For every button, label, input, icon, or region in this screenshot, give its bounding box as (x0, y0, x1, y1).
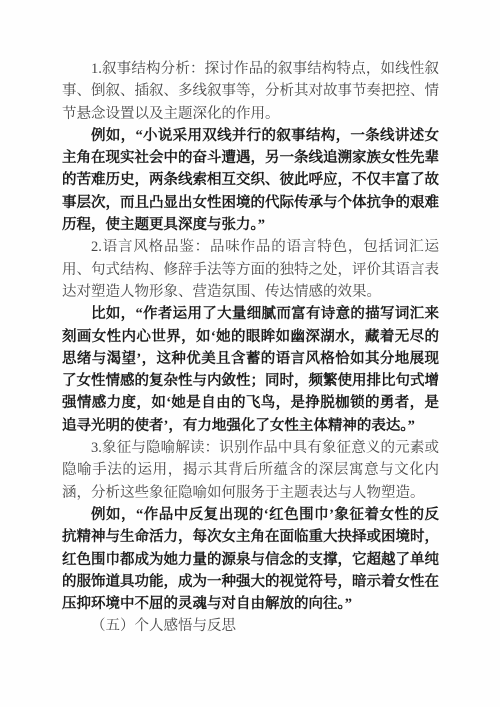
document-body: 1.叙事结构分析：探讨作品的叙事结构特点，如线性叙事、倒叙、插叙、多线叙事等，分… (62, 58, 439, 638)
paragraph-4: 比如，“作者运用了大量细腻而富有诗意的描写词汇来刻画女性内心世界，如‘她的眼眸如… (62, 303, 439, 437)
paragraph-2: 例如，“小说采用双线并行的叙事结构，一条线讲述女主角在现实社会中的奋斗遭遇，另一… (62, 125, 439, 236)
paragraph-7: （五）个人感悟与反思 (62, 615, 439, 637)
paragraph-1: 1.叙事结构分析：探讨作品的叙事结构特点，如线性叙事、倒叙、插叙、多线叙事等，分… (62, 58, 439, 125)
paragraph-5: 3.象征与隐喻解读：识别作品中具有象征意义的元素或隐喻手法的运用，揭示其背后所蕴… (62, 437, 439, 504)
paragraph-3: 2.语言风格品鉴：品味作品的语言特色，包括词汇运用、句式结构、修辞手法等方面的独… (62, 236, 439, 303)
paragraph-6: 例如，“作品中反复出现的‘红色围巾’象征着女性的反抗精神与生命活力，每次女主角在… (62, 504, 439, 615)
document-page: 1.叙事结构分析：探讨作品的叙事结构特点，如线性叙事、倒叙、插叙、多线叙事等，分… (0, 0, 500, 707)
